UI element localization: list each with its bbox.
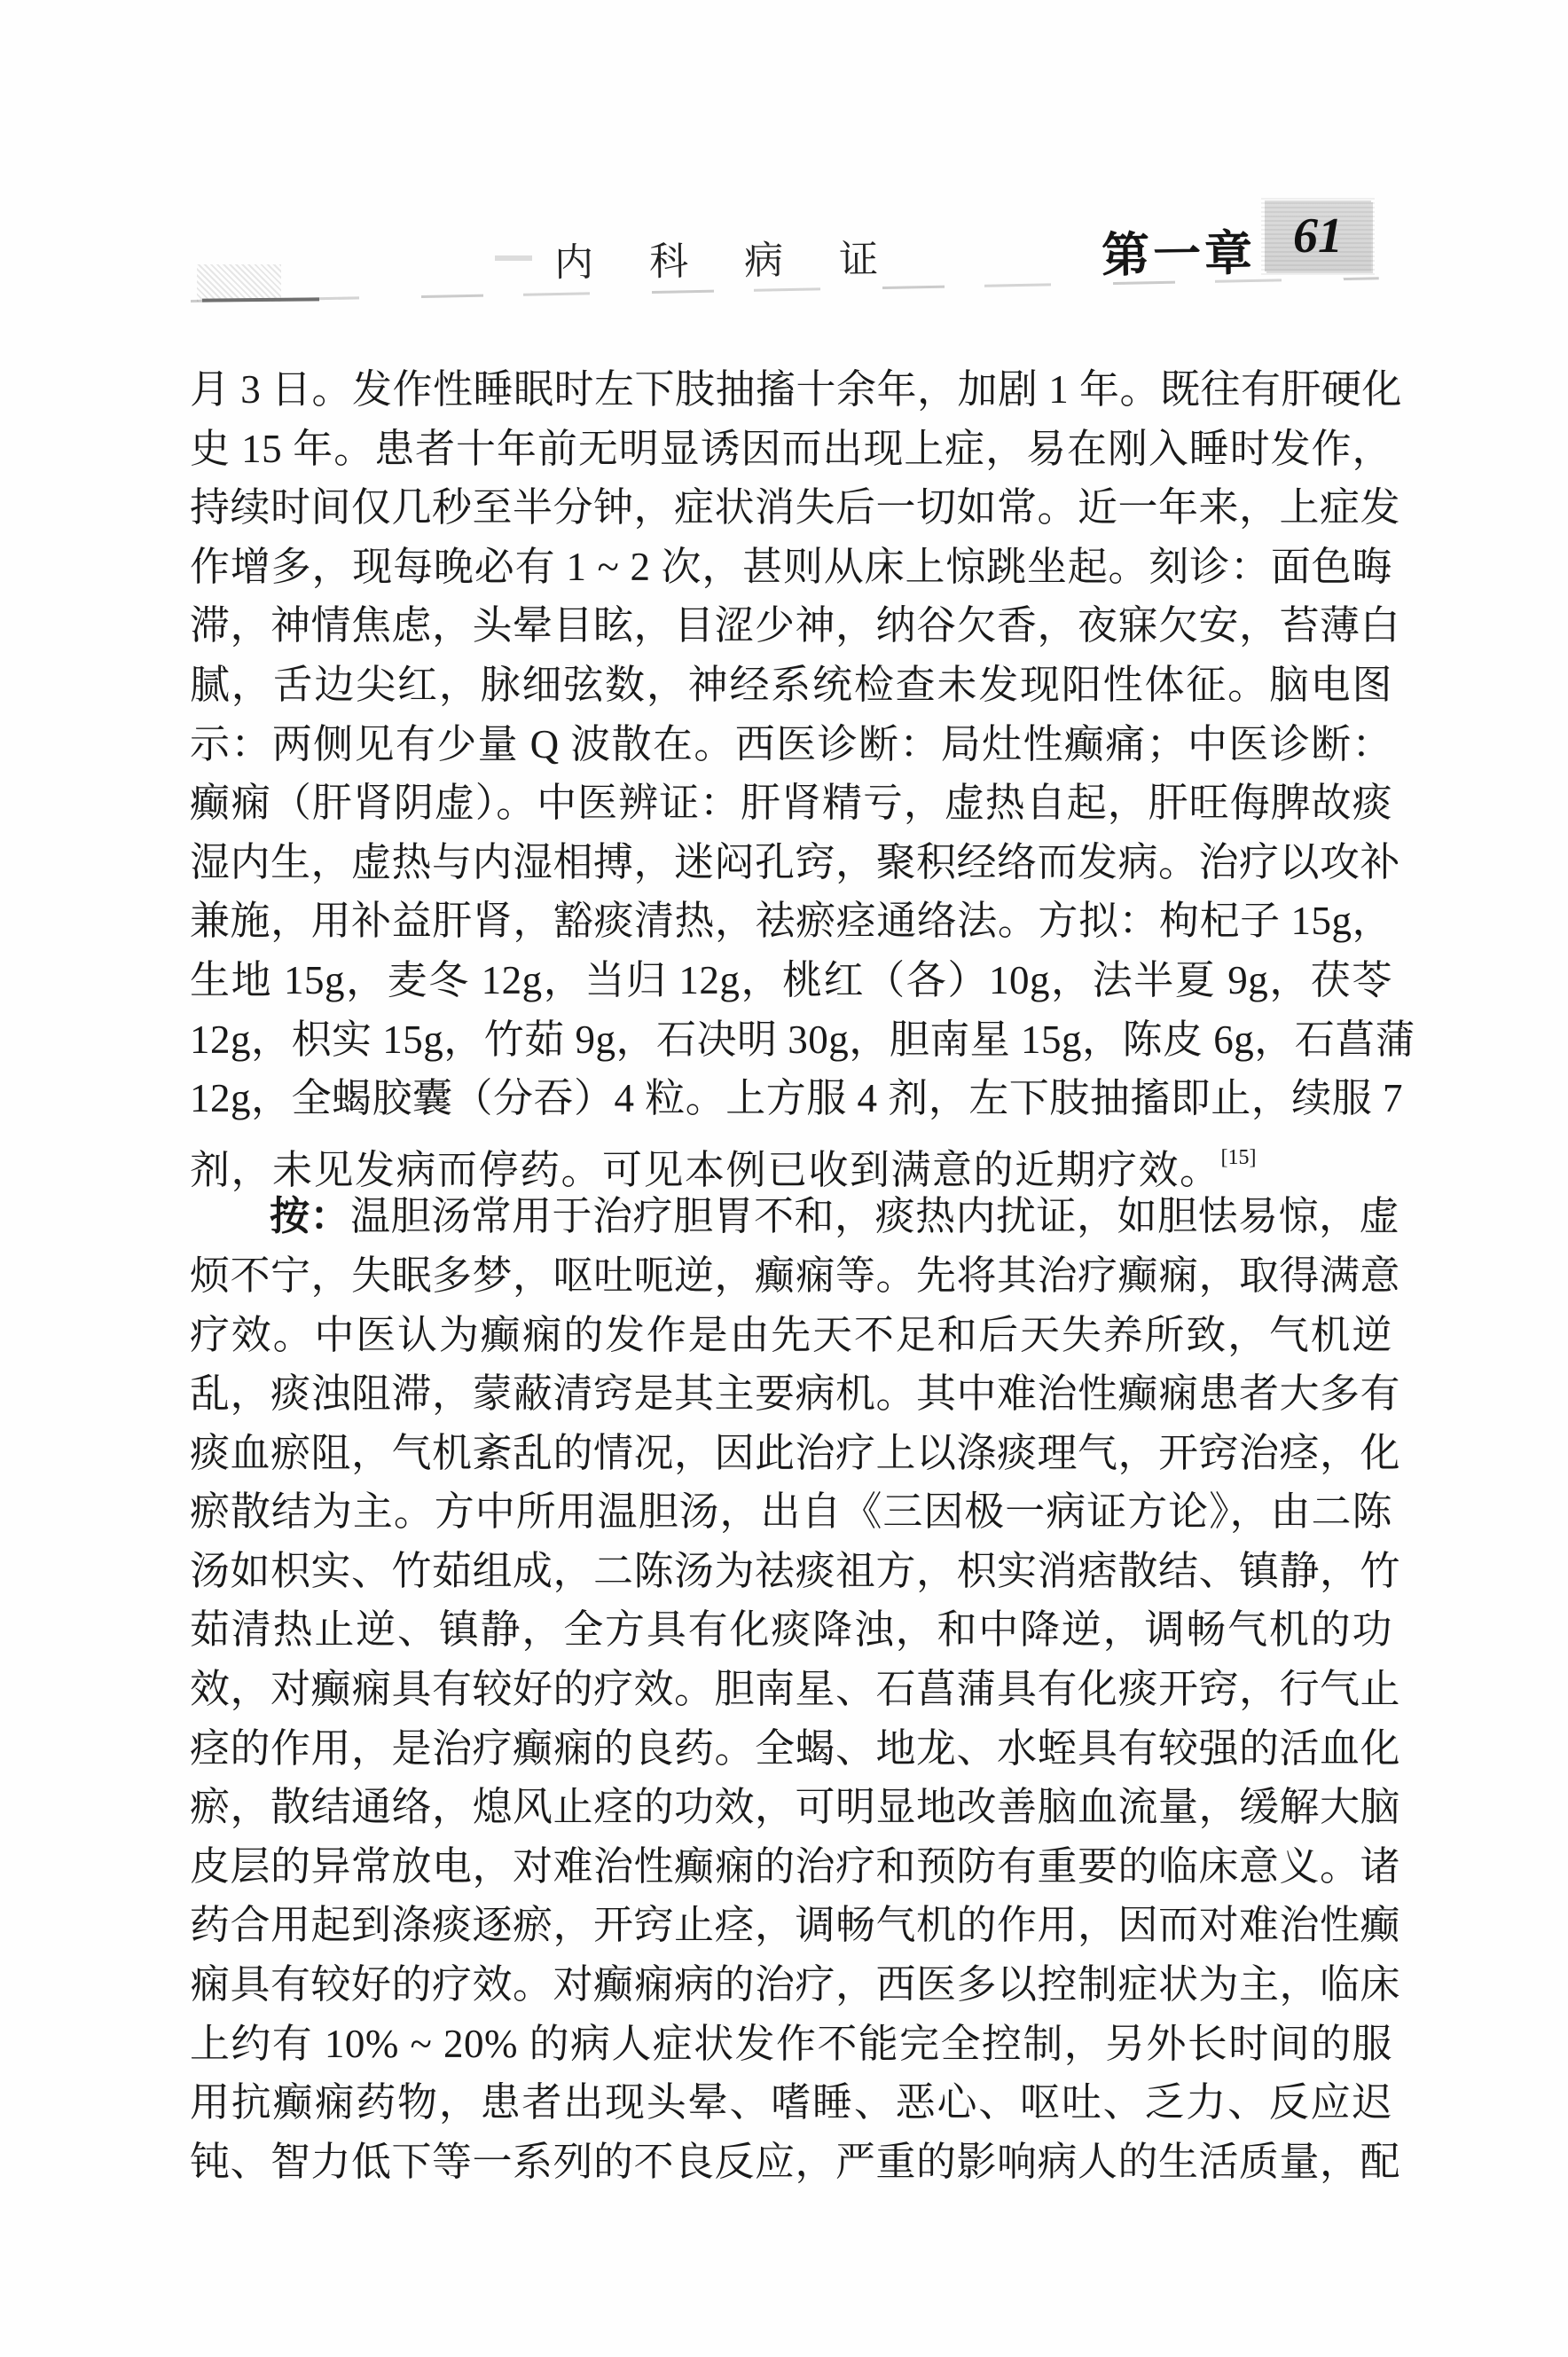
text-line: 按：温胆汤常用于治疗胆胃不和，痰热内扰证，如胆怯易惊，虚 — [190, 1187, 1392, 1246]
text-line: 生地 15g，麦冬 12g，当归 12g，桃红（各）10g，法半夏 9g，茯苓 — [190, 951, 1392, 1010]
text-line: 月 3 日。发作性睡眠时左下肢抽搐十余年，加剧 1 年。既往有肝硬化 — [190, 360, 1392, 420]
text-line: 湿内生，虚热与内湿相搏，迷闷孔窍，聚积经络而发病。治疗以攻补 — [190, 833, 1392, 892]
text-line: 史 15 年。患者十年前无明显诱因而出现上症，易在刚入睡时发作， — [190, 420, 1392, 479]
text-line: 汤如枳实、竹茹组成，二陈汤为祛痰祖方，枳实消痞散结、镇静，竹 — [190, 1542, 1392, 1601]
text-line: 用抗癫痫药物，患者出现头晕、嗜睡、恶心、呕吐、乏力、反应迟 — [190, 2073, 1392, 2133]
text-line: 瘀，散结通络，熄风止痉的功效，可明显地改善脑血流量，缓解大脑 — [190, 1778, 1392, 1837]
scan-artifact-smudge — [197, 264, 281, 302]
text-line: 示：两侧见有少量 Q 波散在。西医诊断：局灶性癫痛；中医诊断： — [190, 715, 1392, 774]
text-line: 烦不宁，失眠多梦，呕吐呃逆，癫痫等。先将其治疗癫痫，取得满意 — [190, 1246, 1392, 1306]
footnote-reference: [15] — [1221, 1146, 1257, 1169]
text-line: 乱，痰浊阻滞，蒙蔽清窍是其主要病机。其中难治性癫痫患者大多有 — [190, 1364, 1392, 1424]
page-number: 61 — [1293, 208, 1343, 264]
page-number-box: 61 — [1265, 200, 1371, 271]
text-line: 作增多，现每晚必有 1 ~ 2 次，甚则从床上惊跳坐起。刻诊：面色晦 — [190, 538, 1392, 597]
book-page: 内 科 病 证 第一章 61 月 3 日。发作性睡眠时左下肢抽搐十余年，加剧 1… — [0, 0, 1568, 2357]
text-line: 药合用起到涤痰逐瘀，开窍止痉，调畅气机的作用，因而对难治性癫 — [190, 1896, 1392, 1955]
text-line: 疗效。中医认为癫痫的发作是由先天不足和后天失养所致，气机逆 — [190, 1306, 1392, 1365]
text-line: 持续时间仅几秒至半分钟，症状消失后一切如常。近一年来，上症发 — [190, 478, 1392, 538]
text-line: 兼施，用补益肝肾，豁痰清热，祛瘀痉通络法。方拟：枸杞子 15g， — [190, 892, 1392, 951]
text-line: 12g，全蝎胶囊（分吞）4 粒。上方服 4 剂，左下肢抽搐即止，续服 7 — [190, 1069, 1392, 1128]
text-line: 效，对癫痫具有较好的疗效。胆南星、石菖蒲具有化痰开窍，行气止 — [190, 1660, 1392, 1719]
running-title: 内 科 病 证 — [554, 227, 902, 287]
scan-artifact-line — [202, 297, 319, 302]
text-line: 滞，神情焦虑，头晕目眩，目涩少神，纳谷欠香，夜寐欠安，苔薄白 — [190, 596, 1392, 656]
chapter-title: 第一章 — [1101, 216, 1256, 286]
text-line: 痫具有较好的疗效。对癫痫病的治疗，西医多以控制症状为主，临床 — [190, 1955, 1392, 2015]
text-line: 瘀散结为主。方中所用温胆汤，出自《三因极一病证方论》，由二陈 — [190, 1482, 1392, 1542]
text-line: 腻，舌边尖红，脉细弦数，神经系统检查未发现阳性体征。脑电图 — [190, 656, 1392, 715]
text-line: 痰血瘀阻，气机紊乱的情况，因此治疗上以涤痰理气，开窍治痉，化 — [190, 1424, 1392, 1483]
text-line: 上约有 10% ~ 20% 的病人症状发作不能完全控制，另外长时间的服 — [190, 2015, 1392, 2074]
body-text: 月 3 日。发作性睡眠时左下肢抽搐十余年，加剧 1 年。既往有肝硬化史 15 年… — [190, 360, 1392, 2191]
text-line: 痉的作用，是治疗癫痫的良药。全蝎、地龙、水蛭具有较强的活血化 — [190, 1719, 1392, 1779]
text-line: 剂，未见发病而停药。可见本例已收到满意的近期疗效。[15] — [190, 1128, 1392, 1188]
text-line: 钝、智力低下等一系列的不良反应，严重的影响病人的生活质量，配 — [190, 2133, 1392, 2192]
annotation-lead: 按： — [270, 1193, 350, 1238]
text-line: 茹清热止逆、镇静，全方具有化痰降浊，和中降逆，调畅气机的功 — [190, 1600, 1392, 1660]
text-line: 皮层的异常放电，对难治性癫痫的治疗和预防有重要的临床意义。诸 — [190, 1837, 1392, 1897]
text-line: 12g，枳实 15g，竹茹 9g，石决明 30g，胆南星 15g，陈皮 6g，石… — [190, 1010, 1392, 1070]
scan-artifact-dot — [495, 255, 532, 261]
text-line: 癫痫（肝肾阴虚）。中医辨证：肝肾精亏，虚热自起，肝旺侮脾故痰 — [190, 774, 1392, 833]
